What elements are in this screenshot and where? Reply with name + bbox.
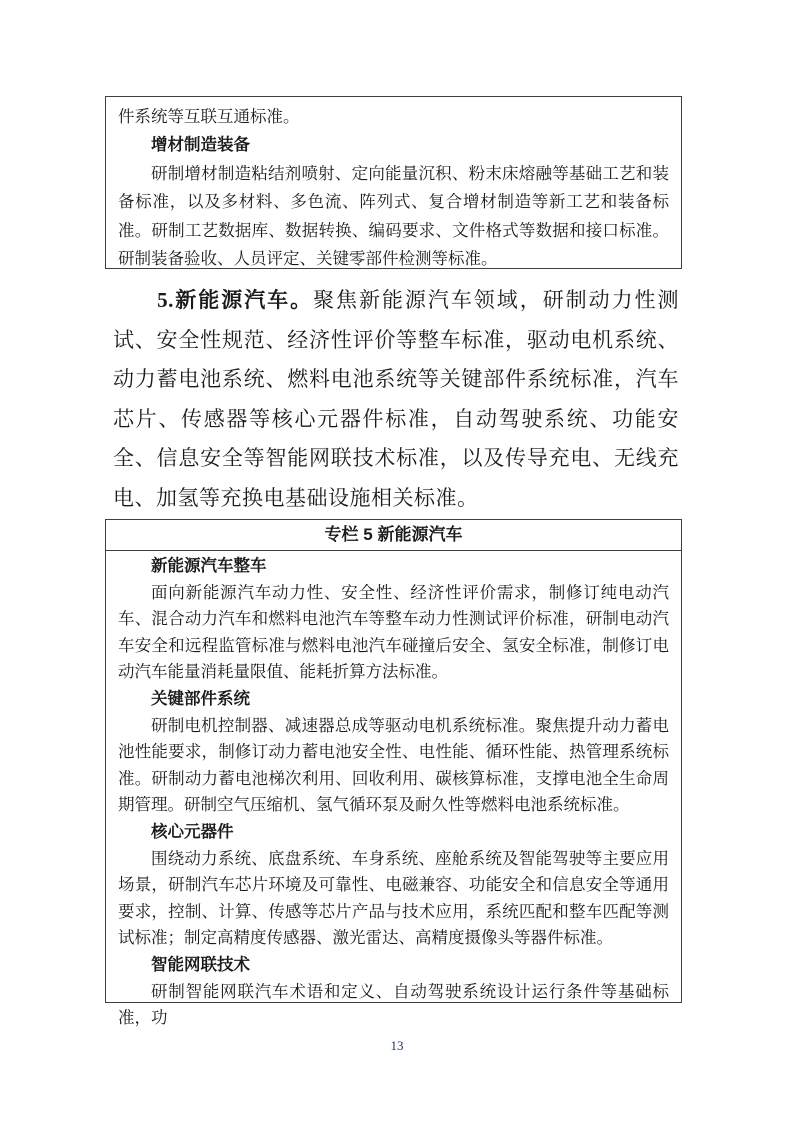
body-paragraph-nev: 5.新能源汽车。聚焦新能源汽车领域，研制动力性测试、安全性规范、经济性评价等整车… <box>113 281 679 518</box>
nev-section-vehicle-heading: 新能源汽车整车 <box>118 553 669 580</box>
paragraph-lead: 5.新能源汽车。 <box>157 288 313 312</box>
nev-column-box: 专栏 5 新能源汽车 新能源汽车整车 面向新能源汽车动力性、安全性、经济性评价需… <box>105 519 682 1003</box>
additive-box-heading: 增材制造装备 <box>118 131 669 159</box>
additive-manufacturing-box: 件系统等互联互通标准。 增材制造装备 研制增材制造粘结剂喷射、定向能量沉积、粉末… <box>105 96 682 269</box>
nev-section-icv-paragraph: 研制智能网联汽车术语和定义、自动驾驶系统设计运行条件等基础标准，功 <box>118 979 669 1032</box>
page-number: 13 <box>0 1038 794 1054</box>
continuation-line: 件系统等互联互通标准。 <box>118 103 669 131</box>
nev-section-chips-paragraph: 围绕动力系统、底盘系统、车身系统、座舱系统及智能驾驶等主要应用场景，研制汽车芯片… <box>118 846 669 952</box>
paragraph-body: 聚焦新能源汽车领域，研制动力性测试、安全性规范、经济性评价等整车标准，驱动电机系… <box>113 288 679 510</box>
nev-section-icv-heading: 智能网联技术 <box>118 952 669 979</box>
document-page: { "box_additive": { "continuation_line":… <box>0 0 794 1123</box>
additive-box-paragraph: 研制增材制造粘结剂喷射、定向能量沉积、粉末床熔融等基础工艺和装备标准，以及多材料… <box>118 160 669 274</box>
nev-box-title: 专栏 5 新能源汽车 <box>106 520 681 551</box>
nev-section-vehicle-paragraph: 面向新能源汽车动力性、安全性、经济性评价需求，制修订纯电动汽车、混合动力汽车和燃… <box>118 580 669 686</box>
nev-box-body: 新能源汽车整车 面向新能源汽车动力性、安全性、经济性评价需求，制修订纯电动汽车、… <box>106 551 681 1032</box>
nev-section-chips-heading: 核心元器件 <box>118 819 669 846</box>
nev-section-components-heading: 关键部件系统 <box>118 686 669 713</box>
nev-section-components-paragraph: 研制电机控制器、减速器总成等驱动电机系统标准。聚焦提升动力蓄电池性能要求，制修订… <box>118 713 669 819</box>
